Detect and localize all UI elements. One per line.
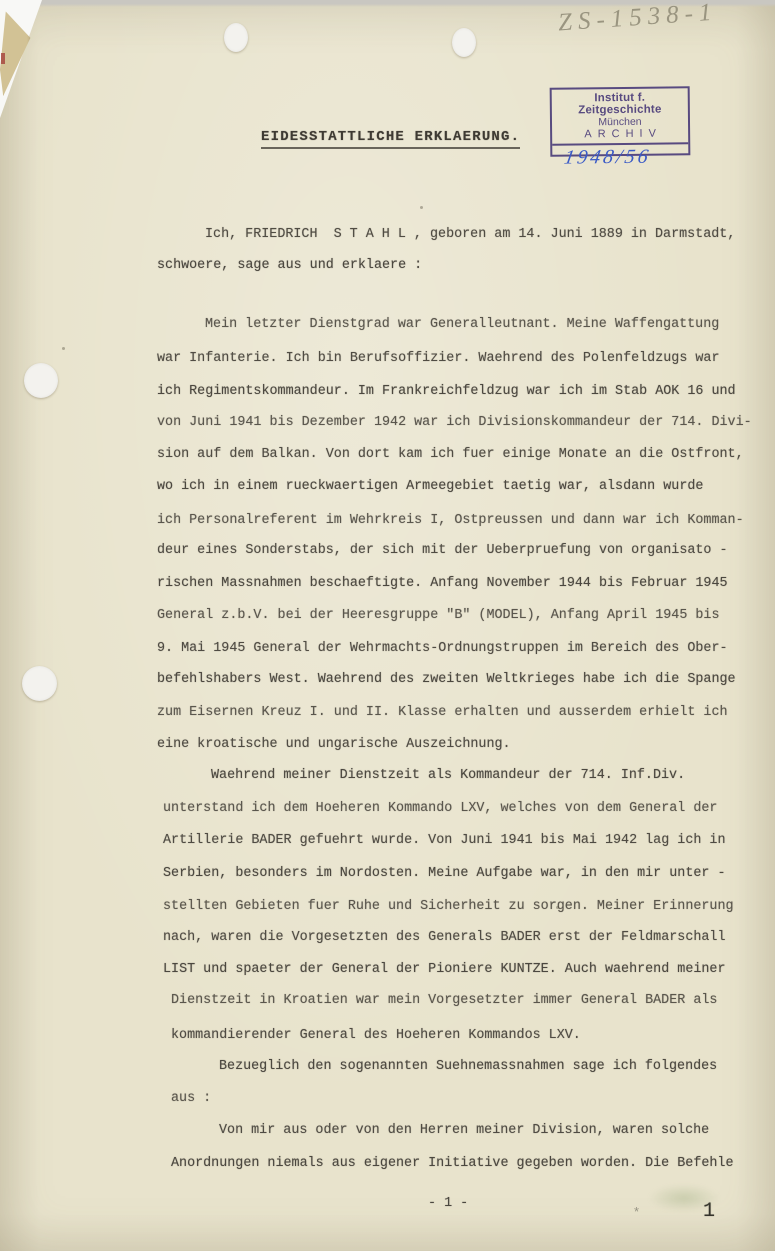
punch-hole-left-lower [22,666,57,701]
scan-smudge [648,1184,720,1212]
stamp-archive-number: 1948/56 [550,144,690,169]
text-line: sion auf dem Balkan. Von dort kam ich fu… [157,447,773,479]
text-line: von Juni 1941 bis Dezember 1942 war ich … [157,415,773,447]
text-line: deur eines Sonderstabs, der sich mit der… [157,543,773,575]
punch-hole-top-left [224,23,248,52]
text-line: aus : [171,1091,773,1123]
footer-asterisk-mark: * [634,1204,639,1219]
text-line: zum Eisernen Kreuz I. und II. Klasse erh… [157,705,773,737]
text-line: LIST und spaeter der General der Pionier… [163,962,773,994]
text-line: nach, waren die Vorgesetzten des General… [163,930,773,962]
text-line: befehlshabers West. Waehrend des zweiten… [157,672,773,704]
text-line: rischen Massnahmen beschaeftigte. Anfang… [157,576,773,608]
text-line: stellten Gebieten fuer Ruhe und Sicherhe… [163,899,773,931]
text-line: schwoere, sage aus und erklaere : [157,258,773,290]
document-title: EIDESSTATTLICHE ERKLAERUNG. [261,129,520,149]
text-line: Dienstzeit in Kroatien war mein Vorgeset… [171,994,773,1026]
typed-page-number: - 1 - [428,1196,468,1211]
edge-mark [1,53,5,64]
text-line: ich Personalreferent im Wehrkreis I, Ost… [157,512,773,544]
text-line: wo ich in einem rueckwaertigen Armeegebi… [157,479,773,511]
text-line: Bezueglich den sogenannten Suehnemassnah… [171,1059,773,1091]
text-line: Von mir aus oder von den Herren meiner D… [171,1123,773,1155]
archive-stamp: Institut f. Zeitgeschichte München ARCHI… [550,86,691,156]
scan-speck [556,906,559,909]
scan-speck [62,347,65,350]
text-line: General z.b.V. bei der Heeresgruppe "B" … [157,608,773,640]
stamp-archiv-label: ARCHIV [552,127,688,141]
text-line: eine kroatische und ungarische Auszeichn… [157,737,773,769]
text-line: Waehrend meiner Dienstzeit als Kommandeu… [163,768,773,800]
text-line: ich Regimentskommandeur. Im Frankreichfe… [157,384,773,416]
text-line: Serbien, besonders im Nordosten. Meine A… [163,866,773,898]
text-line: Mein letzter Dienstgrad war Generalleutn… [157,318,773,350]
punch-hole-left-upper [24,363,58,398]
text-line: unterstand ich dem Hoeheren Kommando LXV… [163,801,773,833]
scanned-page: ZS-1538-1 Institut f. Zeitgeschichte Mün… [0,0,775,1251]
scan-speck [420,206,423,209]
text-line: kommandierender General des Hoeheren Kom… [171,1027,773,1059]
text-line: 9. Mai 1945 General der Wehrmachts-Ordnu… [157,641,773,673]
punch-hole-top-right [452,28,476,57]
document-lines: Ich, FRIEDRICH S T A H L , geboren am 14… [157,226,773,1187]
text-line: Artillerie BADER gefuehrt wurde. Von Jun… [163,833,773,865]
text-line: war Infanterie. Ich bin Berufsoffizier. … [157,351,773,383]
text-line: Ich, FRIEDRICH S T A H L , geboren am 14… [157,227,773,259]
stamp-institute-name: Institut f. Zeitgeschichte [552,91,688,116]
